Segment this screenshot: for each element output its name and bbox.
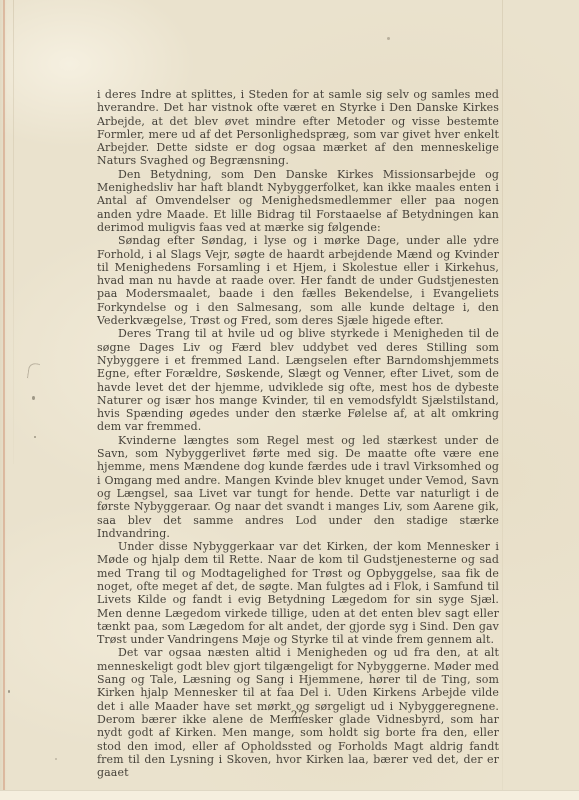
paper-speck [55, 758, 57, 760]
page-number: 27 [97, 709, 499, 721]
paragraph: Under disse Nybyggerkaar var det Kirken,… [97, 540, 499, 646]
scanner-strip-bottom [0, 790, 579, 800]
paper-speck [32, 396, 35, 400]
paper-speck [34, 436, 36, 438]
paper-crease-left [13, 0, 14, 464]
page-text: i deres Indre at splittes, i Steden for … [97, 88, 499, 779]
paper-crease-right [502, 0, 503, 800]
paragraph: Den Betydning, som Den Danske Kirkes Mis… [97, 168, 499, 234]
scanned-page: i deres Indre at splittes, i Steden for … [0, 0, 579, 800]
paper-speck [8, 690, 10, 693]
paragraph: Deres Trang til at hvile ud og blive sty… [97, 327, 499, 433]
paragraph: Søndag efter Søndag, i lyse og i mørke D… [97, 234, 499, 327]
scan-edge-line [3, 0, 5, 800]
ink-mark [27, 362, 40, 379]
paper-speck [387, 37, 390, 40]
paragraph: i deres Indre at splittes, i Steden for … [97, 88, 499, 168]
paragraph: Kvinderne længtes som Regel mest og led … [97, 434, 499, 540]
